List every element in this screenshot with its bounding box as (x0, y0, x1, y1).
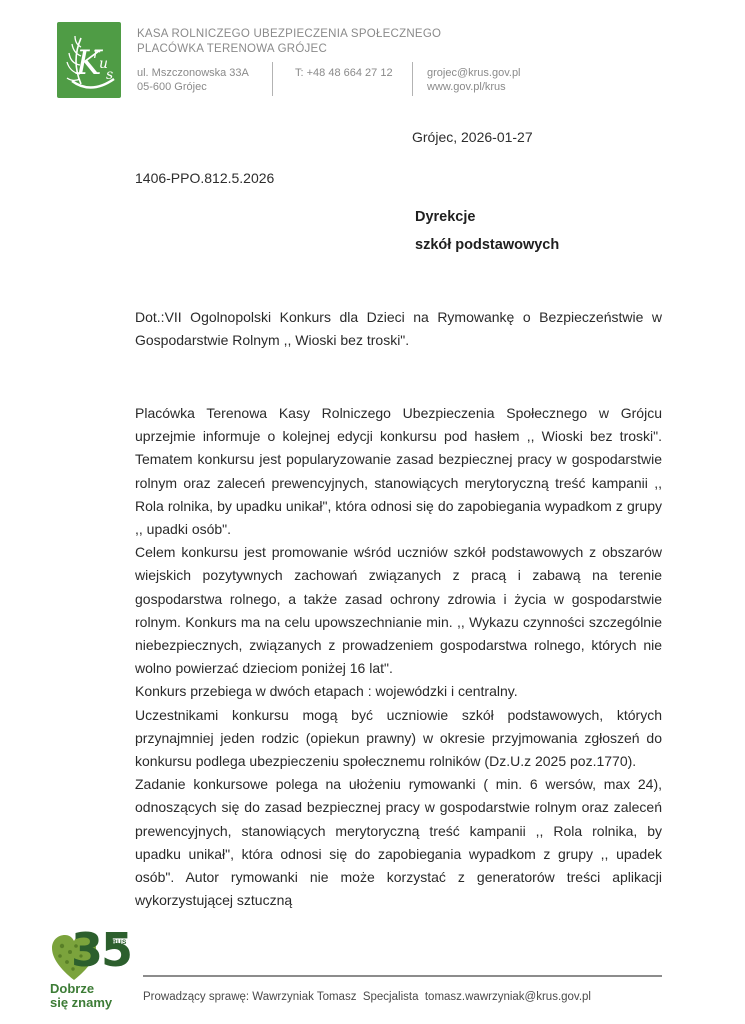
krus-logo-icon: K r u s (57, 22, 121, 98)
email-address: grojec@krus.gov.pl (427, 66, 521, 80)
phone-number: T: +48 48 664 27 12 (295, 66, 393, 80)
addressee-line1: Dyrekcje (415, 204, 559, 232)
paragraph-task: Zadanie konkursowe polega na ułożeniu ry… (135, 773, 662, 912)
paragraph-stages: Konkurs przebiega w dwóch etapach : woje… (135, 680, 662, 703)
website-url: www.gov.pl/krus (427, 80, 521, 94)
reference-number: 1406-PPO.812.5.2026 (135, 170, 274, 186)
address-city: 05-600 Grójec (137, 80, 249, 94)
letter-page: K r u s KASA ROLNICZEGO UBEZPIECZENIA SP… (0, 0, 745, 1024)
letter-body: Placówka Terenowa Kasy Rolniczego Ubezpi… (135, 402, 662, 912)
address-street: ul. Mszczonowska 33A (137, 66, 249, 80)
krus-slogan: Dobrze się znamy (50, 982, 112, 1010)
subject-line: Dot.:VII Ogolnopolski Konkurs dla Dzieci… (135, 306, 662, 352)
dateline: Grójec, 2026-01-27 (412, 129, 533, 145)
header-email-web: grojec@krus.gov.pl www.gov.pl/krus (427, 66, 521, 94)
footer-divider-line (143, 975, 662, 977)
organization-name: KASA ROLNICZEGO UBEZPIECZENIA SPOŁECZNEG… (137, 27, 441, 57)
header-divider-1 (272, 62, 273, 96)
addressee-block: Dyrekcje szkół podstawowych (415, 204, 559, 259)
krus-emblem-icon: K r u s (57, 22, 121, 98)
organization-name-line2: PLACÓWKA TERENOWA GRÓJEC (137, 42, 441, 57)
krus-35-anniversary-logo: 35 LAT KRUS Dobrze się znamy (50, 929, 150, 1013)
organization-name-line1: KASA ROLNICZEGO UBEZPIECZENIA SPOŁECZNEG… (137, 27, 441, 42)
header-divider-2 (412, 62, 413, 96)
slogan-line2: się znamy (50, 996, 112, 1010)
case-handler-info: Prowadzący sprawę: Wawrzyniak Tomasz Spe… (143, 991, 591, 1003)
slogan-line1: Dobrze (50, 982, 112, 996)
header-address: ul. Mszczonowska 33A 05-600 Grójec (137, 66, 249, 94)
anniversary-label: LAT KRUS (107, 932, 127, 946)
paragraph-intro: Placówka Terenowa Kasy Rolniczego Ubezpi… (135, 402, 662, 541)
paragraph-participants: Uczestnikami konkursu mogą być uczniowie… (135, 704, 662, 774)
header-phone: T: +48 48 664 27 12 (295, 66, 393, 80)
paragraph-goal: Celem konkursu jest promowanie wśród ucz… (135, 541, 662, 680)
addressee-line2: szkół podstawowych (415, 232, 559, 260)
